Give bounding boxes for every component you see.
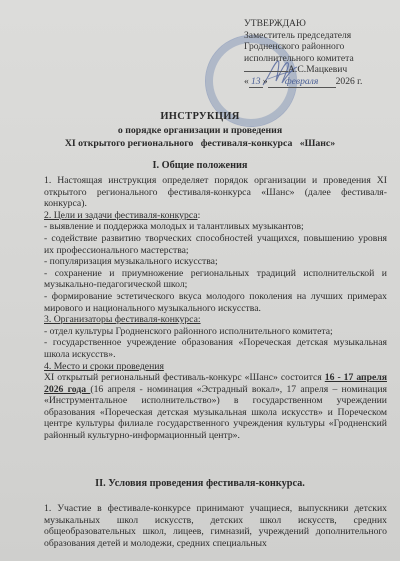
place-text-before: XI открытый региональный фестиваль-конку… bbox=[44, 372, 325, 383]
goal-item: - сохранение и приумножение региональных… bbox=[44, 268, 387, 291]
organizer-item: - отдел культуры Гродненского районного … bbox=[44, 326, 387, 338]
organizer-item: - государственное учреждение образования… bbox=[44, 337, 387, 360]
approval-block: УТВЕРЖДАЮ Заместитель председателя Гродн… bbox=[244, 18, 394, 88]
date-month: февраля bbox=[268, 76, 336, 89]
section1-item1: 1. Настоящая инструкция определяет поряд… bbox=[44, 175, 387, 210]
document-page: УТВЕРЖДАЮ Заместитель председателя Гродн… bbox=[0, 0, 400, 561]
section1-heading: I. Общие положения bbox=[0, 160, 400, 171]
document-title: ИНСТРУКЦИЯ bbox=[0, 111, 400, 122]
document-subtitle-line1: о порядке организации и проведения bbox=[0, 125, 400, 136]
place-paragraph: XI открытый региональный фестиваль-конку… bbox=[44, 372, 387, 442]
approval-signature-line: А.С.Мацкевич bbox=[244, 64, 394, 76]
goal-item: - популяризация музыкального искусства; bbox=[44, 256, 387, 268]
place-heading: 4. Место и сроки проведения bbox=[44, 361, 387, 373]
place-text-after: (16 апреля - номинация «Эстрадный вокал»… bbox=[44, 384, 387, 441]
section2-body: 1. Участие в фестивале-конкурсе принимаю… bbox=[44, 503, 387, 549]
approval-signer: А.С.Мацкевич bbox=[288, 64, 347, 76]
section1-body: 1. Настоящая инструкция определяет поряд… bbox=[44, 175, 387, 442]
goal-item: - формирование эстетического вкуса молод… bbox=[44, 291, 387, 314]
goals-heading-colon: : bbox=[198, 210, 201, 221]
goals-heading: 2. Цели и задачи фестиваля-конкурса: bbox=[44, 210, 387, 222]
document-subtitle-line2: XI открытого регионального фестиваля-кон… bbox=[0, 138, 400, 149]
approval-position-line1: Заместитель председателя bbox=[244, 30, 394, 42]
approval-date-line: « 13 » февраля 2026 г. bbox=[244, 76, 394, 89]
section2-item1: 1. Участие в фестивале-конкурсе принимаю… bbox=[44, 503, 387, 549]
date-day: 13 bbox=[249, 76, 263, 89]
goals-heading-text: 2. Цели и задачи фестиваля-конкурса bbox=[44, 210, 198, 221]
goal-item: - выявление и поддержка молодых и талант… bbox=[44, 221, 387, 233]
goal-item: - содействие развитию творческих способн… bbox=[44, 233, 387, 256]
organizers-heading: 3. Организаторы фестиваля-конкурса: bbox=[44, 314, 387, 326]
approval-position-line2: Гродненского районного bbox=[244, 41, 394, 53]
section2-heading: II. Условия проведения фестиваля-конкурс… bbox=[0, 478, 400, 489]
approval-heading: УТВЕРЖДАЮ bbox=[244, 18, 394, 30]
date-year: 2026 г. bbox=[336, 76, 363, 88]
approval-position-line3: исполнительного комитета bbox=[244, 53, 394, 65]
signature-blank bbox=[244, 71, 288, 72]
